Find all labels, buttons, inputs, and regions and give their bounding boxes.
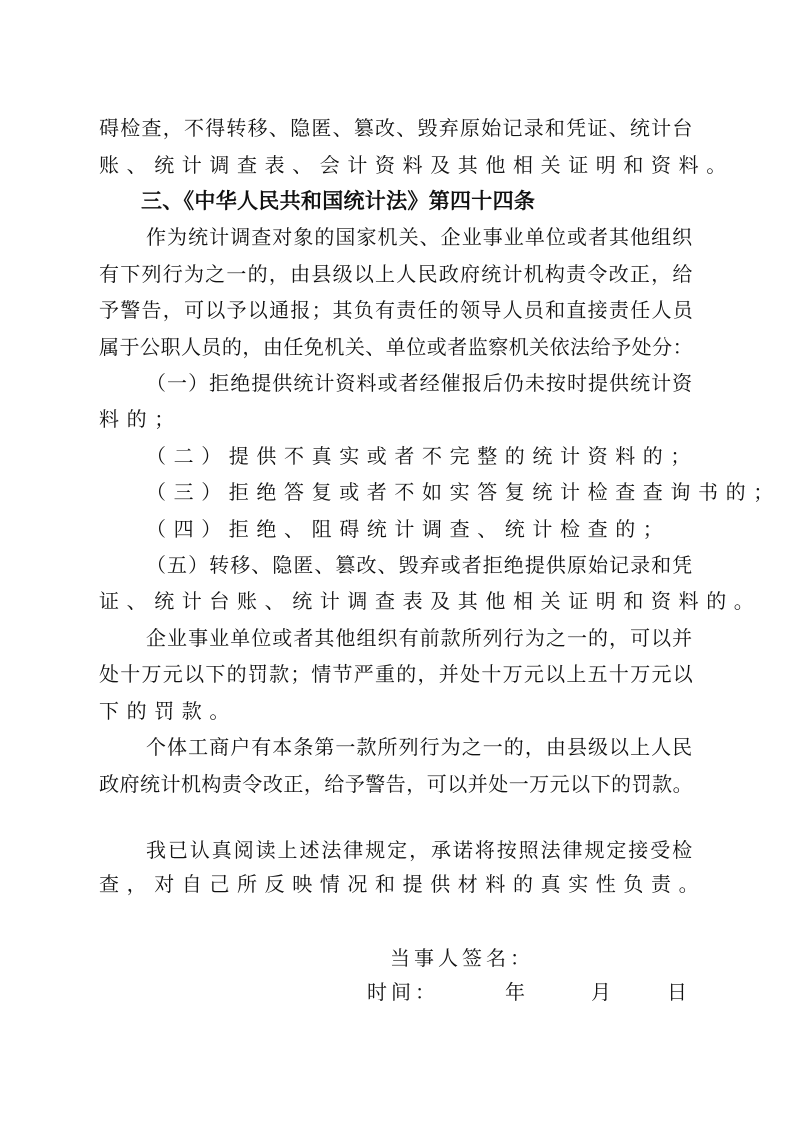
penalty-individual-line-1: 个 体 工 商 户 有 本 条 第 一 款 所 列 行 为 之 一 的 ， 由 …	[146, 734, 692, 760]
date-label: 时间：	[367, 979, 439, 1005]
section-heading: 三、《中华人民共和国统计法》第四十四条	[141, 188, 535, 214]
item-3: （三）拒绝答复或者不如实答复统计检查查询书的；	[146, 479, 692, 505]
penalty-enterprise-line-3: 下的罚款。	[99, 698, 692, 724]
penalty-enterprise-line-1: 企 业 事 业 单 位 或 者 其 他 组 织 有 前 款 所 列 行 为 之 …	[146, 625, 692, 651]
penalty-individual-line-2: 政 府 统 计 机 构 责 令 改 正 ， 给 予 警 告 ， 可 以 并 处 …	[99, 771, 692, 797]
signature-label: 当事人签名：	[390, 945, 534, 971]
intro-line-4: 属 于 公 职 人 员 的 ， 由 任 免 机 关 、 单 位 或 者 监 察 …	[99, 334, 692, 360]
item-4: （四）拒绝、阻碍统计调查、统计检查的；	[146, 516, 692, 542]
item-5-line-1: （ 五 ） 转 移 、 隐 匿 、 篡 改 、 毁 弃 或 者 拒 绝 提 供 …	[146, 552, 692, 578]
intro-line-2: 有 下 列 行 为 之 一 的 ， 由 县 级 以 上 人 民 政 府 统 计 …	[99, 261, 692, 287]
item-2: （二）提供不真实或者不完整的统计资料的；	[146, 443, 692, 469]
intro-line-3: 予 警 告 ， 可 以 予 以 通 报 ； 其 负 有 责 任 的 领 导 人 …	[99, 297, 692, 323]
continuation-line-1: 碍 检 查 ， 不 得 转 移 、 隐 匿 、 篡 改 、 毁 弃 原 始 记 …	[99, 115, 692, 141]
pledge-line-2: 查，对自己所反映情况和提供材料的真实性负责。	[99, 871, 692, 897]
date-year-label: 年	[505, 979, 529, 1005]
date-day-label: 日	[667, 979, 691, 1005]
document-page: 碍 检 查 ， 不 得 转 移 、 隐 匿 、 篡 改 、 毁 弃 原 始 记 …	[0, 0, 793, 1122]
item-1-line-1: （ 一 ） 拒 绝 提 供 统 计 资 料 或 者 经 催 报 后 仍 未 按 …	[146, 370, 692, 396]
item-1-line-2: 料的；	[99, 406, 692, 432]
date-month-label: 月	[591, 979, 615, 1005]
intro-line-1: 作 为 统 计 调 查 对 象 的 国 家 机 关 、 企 业 事 业 单 位 …	[146, 224, 692, 250]
continuation-line-2: 账、统计调查表、会计资料及其他相关证明和资料。	[99, 152, 692, 178]
item-5-line-2: 证、统计台账、统计调查表及其他相关证明和资料的。	[99, 588, 692, 614]
pledge-line-1: 我 已 认 真 阅 读 上 述 法 律 规 定 ， 承 诺 将 按 照 法 律 …	[146, 837, 692, 863]
penalty-enterprise-line-2: 处 十 万 元 以 下 的 罚 款 ； 情 节 严 重 的 ， 并 处 十 万 …	[99, 661, 692, 687]
